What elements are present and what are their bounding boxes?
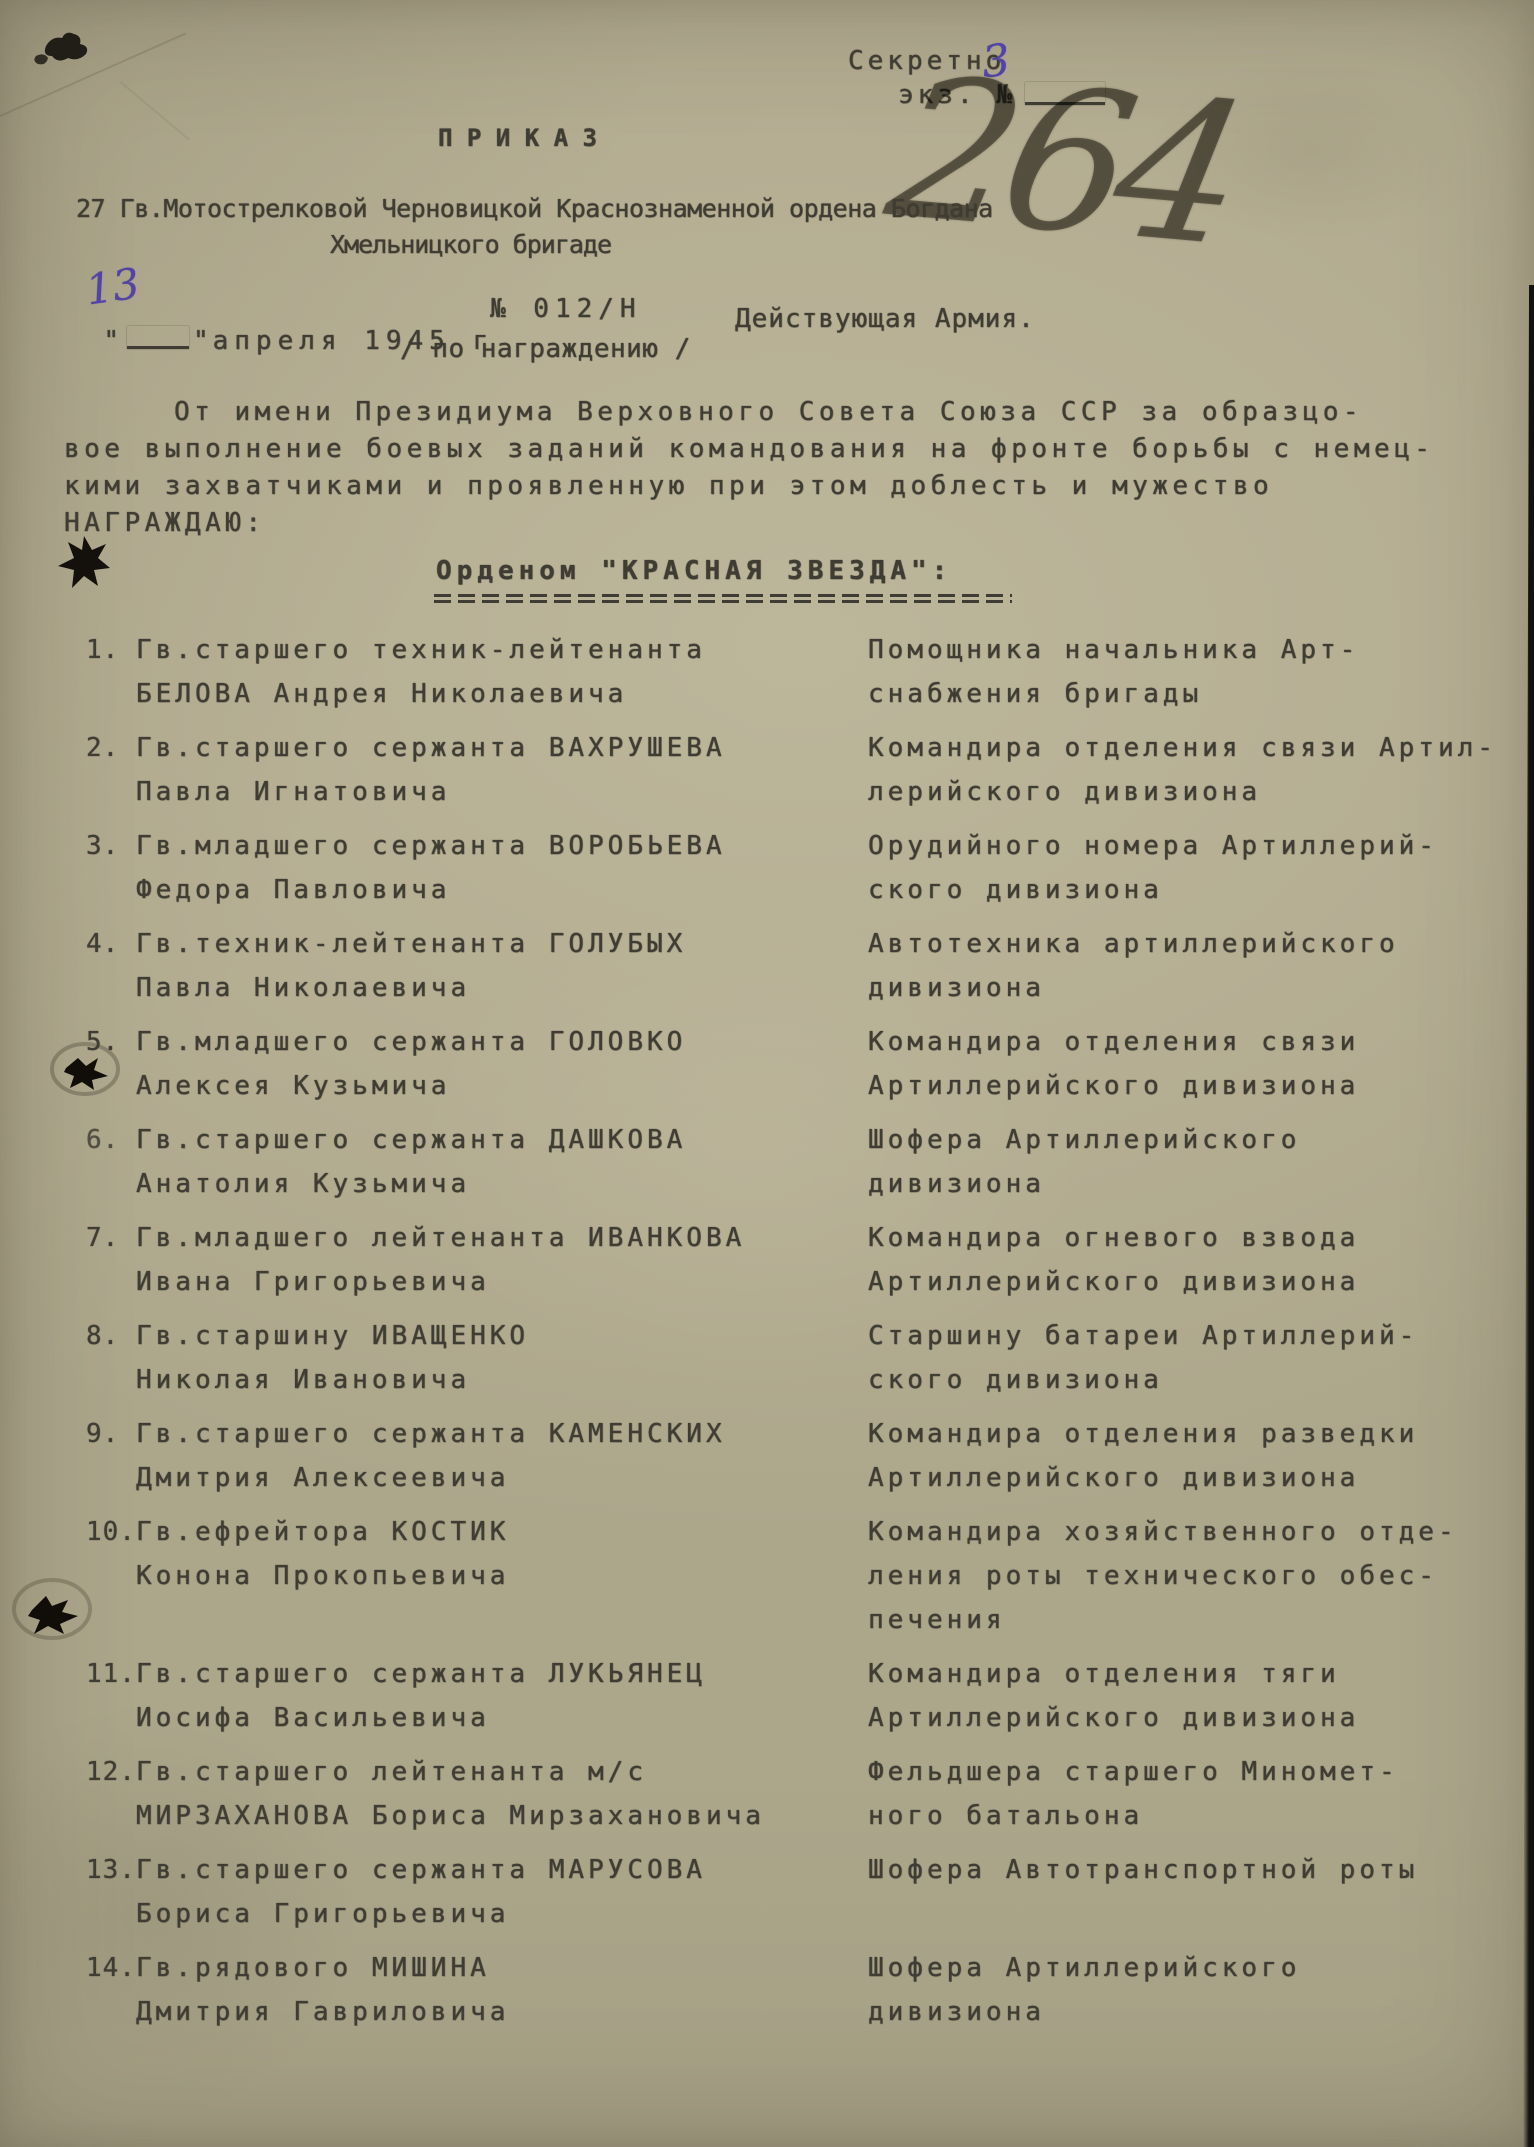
entry-position-line: Орудийного номера Артиллерий- bbox=[868, 824, 1530, 868]
entry-position-line: Артиллерийского дивизиона bbox=[868, 1064, 1530, 1108]
handwritten-registry-number: 264 bbox=[874, 35, 1252, 288]
unit-line-1: 27 Гв.Мотострелковой Черновицкой Красноз… bbox=[76, 194, 993, 223]
entry-rank-name-line: Федора Павловича bbox=[136, 868, 868, 912]
entry-position-line: дивизиона bbox=[868, 966, 1530, 1010]
entry-rank-name-line: Гв.старшего сержанта ВАХРУШЕВА bbox=[136, 726, 868, 770]
entry-position-line: Помощника начальника Арт- bbox=[868, 628, 1530, 672]
entry-rank-name-line: Гв.рядового МИШИНА bbox=[136, 1946, 868, 1990]
entry-position-line: Шофера Автотранспортной роты bbox=[868, 1848, 1530, 1892]
entry-rank-name-line: Алексея Кузьмича bbox=[136, 1064, 868, 1108]
award-entry: 6. Гв.старшего сержанта ДАШКОВААнатолия … bbox=[86, 1118, 1530, 1206]
entry-rank-name: Гв.старшего техник-лейтенантаБЕЛОВА Андр… bbox=[136, 628, 868, 716]
entry-number: 6. bbox=[86, 1118, 136, 1162]
award-entry: 8. Гв.старшину ИВАЩЕНКОНиколая Ивановича… bbox=[86, 1314, 1530, 1402]
entry-rank-name: Гв.старшего лейтенанта м/сМИРЗАХАНОВА Бо… bbox=[136, 1750, 868, 1838]
entry-rank-name: Гв.техник-лейтенанта ГОЛУБЫХПавла Никола… bbox=[136, 922, 868, 1010]
award-entry: 3. Гв.младшего сержанта ВОРОБЬЕВАФедора … bbox=[86, 824, 1530, 912]
entry-rank-name: Гв.старшего сержанта МАРУСОВАБориса Григ… bbox=[136, 1848, 868, 1936]
order-number: № 012/Н bbox=[490, 294, 642, 324]
order-subject: / по награждению / bbox=[400, 334, 691, 364]
entry-position-line: Шофера Артиллерийского bbox=[868, 1118, 1530, 1162]
award-entry: 13. Гв.старшего сержанта МАРУСОВАБориса … bbox=[86, 1848, 1530, 1936]
entry-position-line: Артиллерийского дивизиона bbox=[868, 1456, 1530, 1500]
preamble: От имени Президиума Верховного Совета Со… bbox=[64, 394, 1524, 542]
entry-rank-name-line: Ивана Григорьевича bbox=[136, 1260, 868, 1304]
entry-rank-name-line: Гв.старшего сержанта КАМЕНСКИХ bbox=[136, 1412, 868, 1456]
entry-position: Автотехника артиллерийскогодивизиона bbox=[868, 922, 1530, 1010]
date-close-quote: " bbox=[193, 326, 213, 356]
entry-position-line: Автотехника артиллерийского bbox=[868, 922, 1530, 966]
entry-number: 2. bbox=[86, 726, 136, 770]
entry-rank-name: Гв.младшего лейтенанта ИВАНКОВАИвана Гри… bbox=[136, 1216, 868, 1304]
entry-rank-name-line: Павла Николаевича bbox=[136, 966, 868, 1010]
entry-position: Командира хозяйственного отде-ления роты… bbox=[868, 1510, 1530, 1642]
entry-position: Фельдшера старшего Миномет-ного батальон… bbox=[868, 1750, 1530, 1838]
entry-position-line: Командира отделения тяги bbox=[868, 1652, 1530, 1696]
entry-rank-name: Гв.младшего сержанта ВОРОБЬЕВАФедора Пав… bbox=[136, 824, 868, 912]
entry-rank-name-line: Гв.старшего сержанта ДАШКОВА bbox=[136, 1118, 868, 1162]
entry-position-line: Командира отделения связи Артил- bbox=[868, 726, 1530, 770]
entry-rank-name-line: Дмитрия Гавриловича bbox=[136, 1990, 868, 2034]
entry-position-line: ного батальона bbox=[868, 1794, 1530, 1838]
entry-rank-name-line: Гв.старшего сержанта МАРУСОВА bbox=[136, 1848, 868, 1892]
entry-number: 11. bbox=[86, 1652, 136, 1696]
entry-position: Шофера Автотранспортной роты bbox=[868, 1848, 1530, 1892]
award-entry: 2. Гв.старшего сержанта ВАХРУШЕВАПавла И… bbox=[86, 726, 1530, 814]
entry-position: Командира огневого взводаАртиллерийского… bbox=[868, 1216, 1530, 1304]
entry-rank-name: Гв.старшего сержанта ВАХРУШЕВАПавла Игна… bbox=[136, 726, 868, 814]
entry-position: Командира отделения тягиАртиллерийского … bbox=[868, 1652, 1530, 1740]
entry-rank-name: Гв.младшего сержанта ГОЛОВКОАлексея Кузь… bbox=[136, 1020, 868, 1108]
entry-number: 10. bbox=[86, 1510, 136, 1554]
document-page: { "colors": { "paper": "#b5ae93", "typew… bbox=[0, 0, 1534, 2147]
entry-position-line: печения bbox=[868, 1598, 1530, 1642]
entry-rank-name-line: Конона Прокопьевича bbox=[136, 1554, 868, 1598]
entry-rank-name-line: Гв.техник-лейтенанта ГОЛУБЫХ bbox=[136, 922, 868, 966]
entry-rank-name-line: Павла Игнатовича bbox=[136, 770, 868, 814]
entry-position-line: снабжения бригады bbox=[868, 672, 1530, 716]
entry-position: Старшину батареи Артиллерий-ского дивизи… bbox=[868, 1314, 1530, 1402]
entry-position: Орудийного номера Артиллерий-ского дивиз… bbox=[868, 824, 1530, 912]
entry-position-line: Артиллерийского дивизиона bbox=[868, 1696, 1530, 1740]
date-open-quote: " bbox=[103, 326, 123, 356]
preamble-line: От имени Президиума Верховного Совета Со… bbox=[64, 394, 1524, 431]
entry-position-line: ского дивизиона bbox=[868, 1358, 1530, 1402]
entry-position-line: Командира отделения разведки bbox=[868, 1412, 1530, 1456]
award-entry: 14. Гв.рядового МИШИНАДмитрия Гаврилович… bbox=[86, 1946, 1530, 2034]
entry-position-line: лерийского дивизиона bbox=[868, 770, 1530, 814]
entry-rank-name-line: МИРЗАХАНОВА Бориса Мирзахановича bbox=[136, 1794, 868, 1838]
entry-position: Командира отделения связи Артил-лерийско… bbox=[868, 726, 1530, 814]
entry-rank-name-line: Дмитрия Алексеевича bbox=[136, 1456, 868, 1500]
award-heading: Орденом "КРАСНАЯ ЗВЕЗДА": bbox=[436, 556, 952, 586]
entry-position: Помощника начальника Арт-снабжения брига… bbox=[868, 628, 1530, 716]
award-entry: 4. Гв.техник-лейтенанта ГОЛУБЫХПавла Ник… bbox=[86, 922, 1530, 1010]
entry-rank-name-line: БЕЛОВА Андрея Николаевича bbox=[136, 672, 868, 716]
entry-number: 13. bbox=[86, 1848, 136, 1892]
entry-position-line: Командира хозяйственного отде- bbox=[868, 1510, 1530, 1554]
entry-number: 3. bbox=[86, 824, 136, 868]
award-entry: 11. Гв.старшего сержанта ЛУКЬЯНЕЦИосифа … bbox=[86, 1652, 1530, 1740]
award-entry: 10. Гв.ефрейтора КОСТИККонона Прокопьеви… bbox=[86, 1510, 1530, 1642]
entry-position-line: дивизиона bbox=[868, 1990, 1530, 2034]
entry-rank-name-line: Гв.младшего сержанта ГОЛОВКО bbox=[136, 1020, 868, 1064]
entry-position: Шофера Артиллерийскогодивизиона bbox=[868, 1118, 1530, 1206]
entry-rank-name: Гв.старшего сержанта ДАШКОВААнатолия Куз… bbox=[136, 1118, 868, 1206]
entry-number: 4. bbox=[86, 922, 136, 966]
entry-position-line: Старшину батареи Артиллерий- bbox=[868, 1314, 1530, 1358]
entry-rank-name-line: Анатолия Кузьмича bbox=[136, 1162, 868, 1206]
entry-rank-name-line: Гв.старшего техник-лейтенанта bbox=[136, 628, 868, 672]
award-entry: 5. Гв.младшего сержанта ГОЛОВКОАлексея К… bbox=[86, 1020, 1530, 1108]
entry-number: 14. bbox=[86, 1946, 136, 1990]
entry-rank-name: Гв.ефрейтора КОСТИККонона Прокопьевича bbox=[136, 1510, 868, 1598]
entry-number: 1. bbox=[86, 628, 136, 672]
entry-number: 12. bbox=[86, 1750, 136, 1794]
order-title: П Р И К А З bbox=[438, 124, 597, 152]
date-blank-line bbox=[127, 326, 189, 349]
entry-rank-name-line: Бориса Григорьевича bbox=[136, 1892, 868, 1936]
entry-rank-name-line: Гв.младшего сержанта ВОРОБЬЕВА bbox=[136, 824, 868, 868]
award-entry: 12. Гв.старшего лейтенанта м/сМИРЗАХАНОВ… bbox=[86, 1750, 1530, 1838]
entry-position-line: ского дивизиона bbox=[868, 868, 1530, 912]
entry-position-line: Командира отделения связи bbox=[868, 1020, 1530, 1064]
army-label: Действующая Армия. bbox=[735, 304, 1035, 334]
preamble-line: вое выполнение боевых заданий командован… bbox=[64, 431, 1524, 468]
preamble-line: НАГРАЖДАЮ: bbox=[64, 505, 1524, 542]
entry-rank-name-line: Николая Ивановича bbox=[136, 1358, 868, 1402]
entry-position-line: Артиллерийского дивизиона bbox=[868, 1260, 1530, 1304]
entry-position-line: Шофера Артиллерийского bbox=[868, 1946, 1530, 1990]
entry-rank-name-line: Гв.старшину ИВАЩЕНКО bbox=[136, 1314, 868, 1358]
entry-position-line: Фельдшера старшего Миномет- bbox=[868, 1750, 1530, 1794]
unit-line-2: Хмельницкого бригаде bbox=[330, 230, 611, 259]
paper-crease bbox=[120, 81, 190, 140]
entry-rank-name-line: Гв.младшего лейтенанта ИВАНКОВА bbox=[136, 1216, 868, 1260]
entry-rank-name: Гв.рядового МИШИНАДмитрия Гавриловича bbox=[136, 1946, 868, 2034]
ink-blot-corner bbox=[28, 16, 106, 74]
entry-rank-name-line: Гв.ефрейтора КОСТИК bbox=[136, 1510, 868, 1554]
award-entry: 9. Гв.старшего сержанта КАМЕНСКИХДмитрия… bbox=[86, 1412, 1530, 1500]
entry-rank-name-line: Иосифа Васильевича bbox=[136, 1696, 868, 1740]
entry-position: Командира отделения разведкиАртиллерийск… bbox=[868, 1412, 1530, 1500]
award-entry: 7. Гв.младшего лейтенанта ИВАНКОВАИвана … bbox=[86, 1216, 1530, 1304]
entry-number: 8. bbox=[86, 1314, 136, 1358]
award-entries: 1. Гв.старшего техник-лейтенантаБЕЛОВА А… bbox=[86, 628, 1530, 2034]
preamble-line: кими захватчиками и проявленную при этом… bbox=[64, 468, 1524, 505]
entry-position: Командира отделения связиАртиллерийского… bbox=[868, 1020, 1530, 1108]
entry-number: 9. bbox=[86, 1412, 136, 1456]
entry-position-line: Командира огневого взвода bbox=[868, 1216, 1530, 1260]
entry-position-line: дивизиона bbox=[868, 1162, 1530, 1206]
entry-number: 5. bbox=[86, 1020, 136, 1064]
paper-crease bbox=[0, 32, 186, 119]
award-entry: 1. Гв.старшего техник-лейтенантаБЕЛОВА А… bbox=[86, 628, 1530, 716]
entry-position: Шофера Артиллерийскогодивизиона bbox=[868, 1946, 1530, 2034]
award-heading-underline bbox=[434, 594, 1012, 603]
entry-rank-name: Гв.старшину ИВАЩЕНКОНиколая Ивановича bbox=[136, 1314, 868, 1402]
entry-rank-name: Гв.старшего сержанта ЛУКЬЯНЕЦИосифа Васи… bbox=[136, 1652, 868, 1740]
entry-rank-name-line: Гв.старшего сержанта ЛУКЬЯНЕЦ bbox=[136, 1652, 868, 1696]
entry-rank-name-line: Гв.старшего лейтенанта м/с bbox=[136, 1750, 868, 1794]
entry-position-line: ления роты технического обес- bbox=[868, 1554, 1530, 1598]
entry-number: 7. bbox=[86, 1216, 136, 1260]
ink-blot-hole bbox=[10, 1576, 94, 1642]
entry-rank-name: Гв.старшего сержанта КАМЕНСКИХДмитрия Ал… bbox=[136, 1412, 868, 1500]
handwritten-date-day: 13 bbox=[83, 259, 143, 315]
